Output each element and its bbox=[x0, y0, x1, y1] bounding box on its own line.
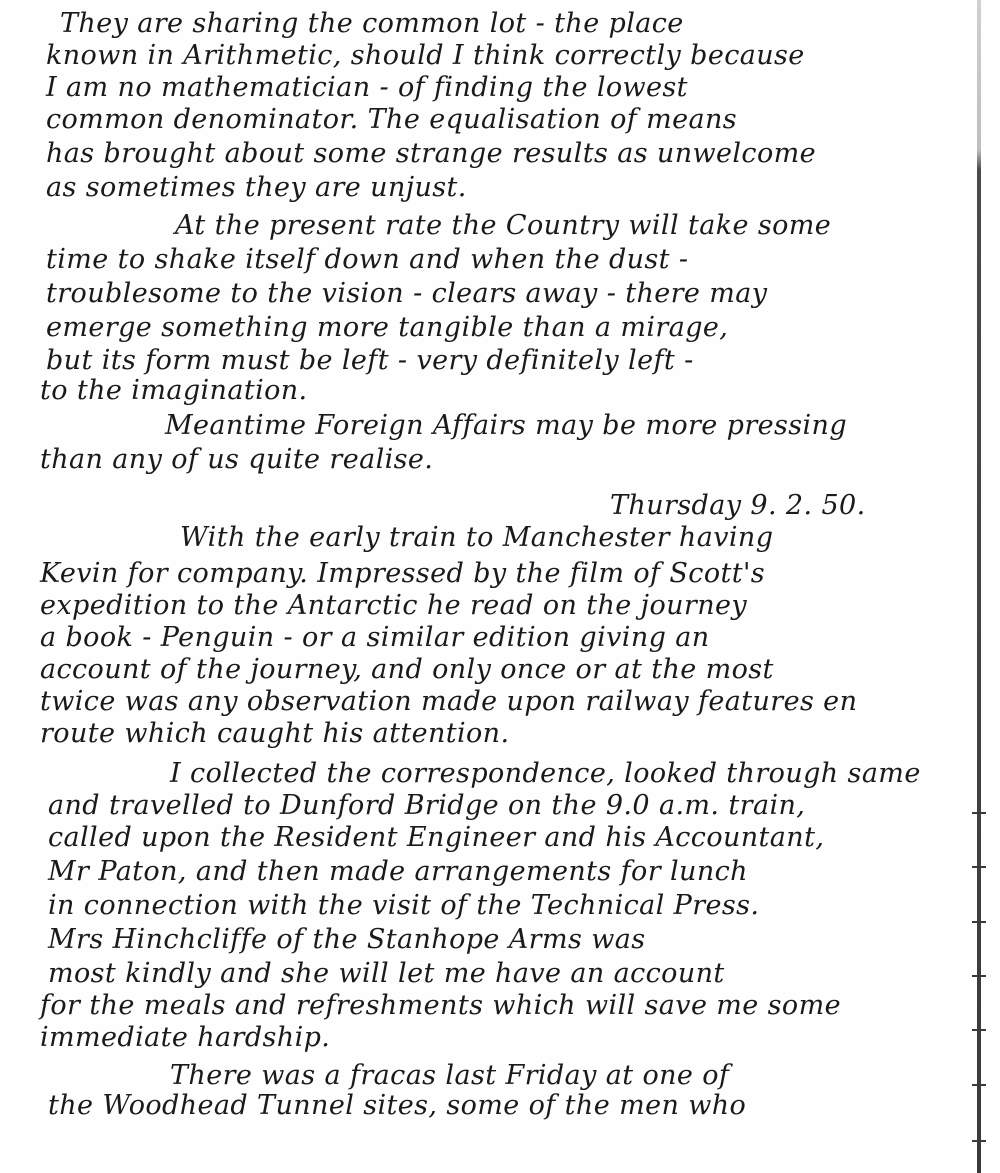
text-line: route which caught his attention. bbox=[40, 718, 509, 749]
binding-tick bbox=[972, 1140, 986, 1142]
text-line: At the present rate the Country will tak… bbox=[175, 210, 831, 241]
binding-tick bbox=[972, 812, 986, 814]
text-line: I am no mathematician - of finding the l… bbox=[46, 72, 688, 103]
binding-tick bbox=[972, 866, 986, 868]
text-line: called upon the Resident Engineer and hi… bbox=[48, 822, 824, 853]
page-binding-edge bbox=[977, 0, 981, 1173]
text-line: has brought about some strange results a… bbox=[46, 138, 816, 169]
text-line: in connection with the visit of the Tech… bbox=[48, 890, 759, 921]
text-line: than any of us quite realise. bbox=[40, 444, 433, 475]
text-line: to the imagination. bbox=[40, 375, 308, 406]
text-line: expedition to the Antarctic he read on t… bbox=[40, 590, 747, 621]
text-line: a book - Penguin - or a similar edition … bbox=[40, 622, 710, 653]
text-line: They are sharing the common lot - the pl… bbox=[60, 8, 684, 39]
binding-tick bbox=[972, 1029, 986, 1031]
text-line: but its form must be left - very definit… bbox=[46, 345, 694, 376]
text-line: as sometimes they are unjust. bbox=[46, 172, 467, 203]
text-line: time to shake itself down and when the d… bbox=[46, 244, 688, 275]
binding-tick bbox=[972, 975, 986, 977]
text-line: There was a fracas last Friday at one of bbox=[170, 1060, 729, 1091]
text-line: Mrs Hinchcliffe of the Stanhope Arms was bbox=[48, 924, 645, 955]
text-line: I collected the correspondence, looked t… bbox=[170, 758, 921, 789]
entry-date: Thursday 9. 2. 50. bbox=[610, 490, 866, 521]
text-line: for the meals and refreshments which wil… bbox=[40, 990, 841, 1021]
diary-page: They are sharing the common lot - the pl… bbox=[0, 0, 1000, 1173]
binding-tick bbox=[972, 1084, 986, 1086]
text-line: most kindly and she will let me have an … bbox=[48, 958, 725, 989]
text-line: Meantime Foreign Affairs may be more pre… bbox=[165, 410, 847, 441]
text-line: twice was any observation made upon rail… bbox=[40, 686, 857, 717]
text-line: known in Arithmetic, should I think corr… bbox=[46, 40, 805, 71]
text-line: With the early train to Manchester havin… bbox=[180, 522, 773, 553]
text-line: account of the journey, and only once or… bbox=[40, 654, 774, 685]
text-line: the Woodhead Tunnel sites, some of the m… bbox=[48, 1090, 746, 1121]
text-line: immediate hardship. bbox=[40, 1022, 330, 1053]
text-line: emerge something more tangible than a mi… bbox=[46, 312, 728, 343]
text-line: Kevin for company. Impressed by the film… bbox=[40, 558, 765, 589]
text-line: troublesome to the vision - clears away … bbox=[46, 278, 767, 309]
text-line: common denominator. The equalisation of … bbox=[46, 104, 737, 135]
text-line: and travelled to Dunford Bridge on the 9… bbox=[48, 790, 805, 821]
text-line: Mr Paton, and then made arrangements for… bbox=[48, 856, 748, 887]
binding-tick bbox=[972, 921, 986, 923]
